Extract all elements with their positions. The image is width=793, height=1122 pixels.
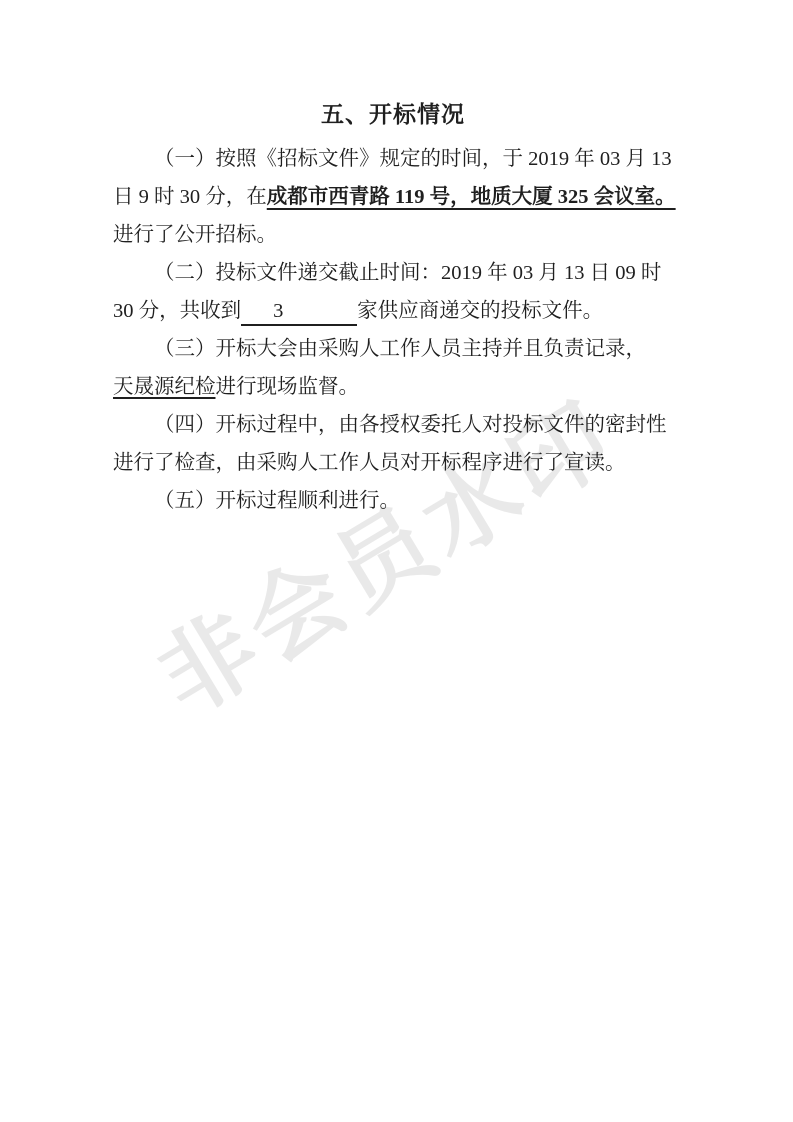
- document-line: 日 9 时 30 分，在成都市西青路 119 号，地质大厦 325 会议室。: [113, 178, 673, 216]
- text-segment: （一）按照《招标文件》规定的时间，于 2019 年 03 月 13: [154, 148, 672, 170]
- document-line: 30 分，共收到3家供应商递交的投标文件。: [113, 292, 673, 330]
- text-segment: 天晟源纪检: [113, 376, 216, 398]
- document-body: （一）按照《招标文件》规定的时间，于 2019 年 03 月 13日 9 时 3…: [113, 140, 673, 520]
- document-line: （五）开标过程顺利进行。: [113, 482, 673, 520]
- document-content: 五、开标情况 （一）按照《招标文件》规定的时间，于 2019 年 03 月 13…: [113, 100, 673, 520]
- paragraph: （一）按照《招标文件》规定的时间，于 2019 年 03 月 13日 9 时 3…: [113, 140, 673, 254]
- document-line: （三）开标大会由采购人工作人员主持并且负责记录，: [113, 330, 673, 368]
- page-title: 五、开标情况: [113, 100, 673, 130]
- paragraph: （三）开标大会由采购人工作人员主持并且负责记录，天晟源纪检进行现场监督。: [113, 330, 673, 406]
- paragraph: （五）开标过程顺利进行。: [113, 482, 673, 520]
- document-line: 天晟源纪检进行现场监督。: [113, 368, 673, 406]
- text-segment: 进行现场监督。: [216, 376, 360, 398]
- document-line: （一）按照《招标文件》规定的时间，于 2019 年 03 月 13: [113, 140, 673, 178]
- text-segment: （三）开标大会由采购人工作人员主持并且负责记录，: [154, 338, 646, 360]
- text-segment: 30 分，共收到: [113, 300, 241, 322]
- document-page: 非会员水印 五、开标情况 （一）按照《招标文件》规定的时间，于 2019 年 0…: [0, 0, 793, 1122]
- blank-field: 3: [241, 298, 357, 326]
- text-segment: （五）开标过程顺利进行。: [154, 490, 400, 512]
- text-segment: 家供应商递交的投标文件。: [357, 300, 603, 322]
- document-line: （二）投标文件递交截止时间：2019 年 03 月 13 日 09 时: [113, 254, 673, 292]
- document-line: 进行了公开招标。: [113, 216, 673, 254]
- text-segment: 进行了检查，由采购人工作人员对开标程序进行了宣读。: [113, 452, 626, 474]
- paragraph: （四）开标过程中，由各授权委托人对投标文件的密封性进行了检查，由采购人工作人员对…: [113, 406, 673, 482]
- document-line: （四）开标过程中，由各授权委托人对投标文件的密封性: [113, 406, 673, 444]
- text-segment: 成都市西青路 119 号，地质大厦 325 会议室。: [267, 186, 676, 208]
- text-segment: （四）开标过程中，由各授权委托人对投标文件的密封性: [154, 414, 667, 436]
- document-line: 进行了检查，由采购人工作人员对开标程序进行了宣读。: [113, 444, 673, 482]
- text-segment: （二）投标文件递交截止时间：2019 年 03 月 13 日 09 时: [154, 262, 661, 284]
- paragraph: （二）投标文件递交截止时间：2019 年 03 月 13 日 09 时30 分，…: [113, 254, 673, 330]
- text-segment: 进行了公开招标。: [113, 224, 277, 246]
- text-segment: 日 9 时 30 分，在: [113, 186, 267, 208]
